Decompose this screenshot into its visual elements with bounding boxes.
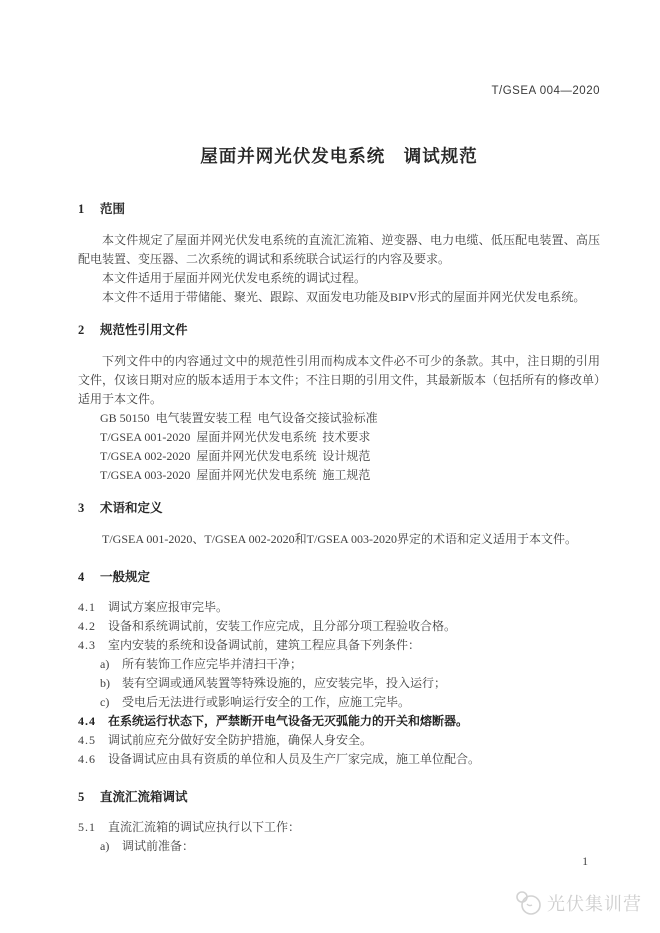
- doc-number: T/GSEA 004—2020: [78, 85, 600, 98]
- clause-text: 调试方案应报审完毕。: [108, 600, 228, 614]
- clause-number: 5.1: [78, 818, 108, 837]
- watermark-logo-icon: [514, 889, 544, 917]
- watermark-text: 光伏集训营: [547, 890, 642, 916]
- clause-text: 在系统运行状态下，严禁断开电气设备无灭弧能力的开关和熔断器。: [108, 714, 468, 728]
- clause-5-1: 5.1直流汇流箱的调试应执行以下工作：: [78, 818, 600, 837]
- section-number: 1: [78, 201, 100, 217]
- page-number: 1: [582, 856, 588, 868]
- clause-4-3: 4.3室内安装的系统和设备调试前，建筑工程应具备下列条件：: [78, 636, 600, 655]
- section-number: 3: [78, 500, 100, 516]
- clause-number: 4.5: [78, 731, 108, 750]
- clause-text: 设备和系统调试前，安装工作应完成，且分部分项工程验收合格。: [108, 619, 456, 633]
- section-title: 一般规定: [100, 570, 150, 584]
- section-title: 范围: [100, 202, 125, 216]
- document-page: T/GSEA 004—2020 屋面并网光伏发电系统 调试规范 1范围 本文件规…: [0, 0, 660, 933]
- normative-refs-intro: 下列文件中的内容通过文中的规范性引用而构成本文件必不可少的条款。其中，注日期的引…: [78, 352, 600, 409]
- list-item-text: 调试前准备：: [122, 839, 194, 853]
- watermark: 光伏集训营: [514, 889, 642, 917]
- reference-item: T/GSEA 002-2020 屋面并网光伏发电系统 设计规范: [100, 447, 600, 466]
- clause-4-3-b: b)装有空调或通风装置等特殊设施的，应安装完毕，投入运行；: [100, 674, 600, 693]
- reference-item: T/GSEA 001-2020 屋面并网光伏发电系统 技术要求: [100, 428, 600, 447]
- section-number: 5: [78, 789, 100, 805]
- clause-5-1-a: a)调试前准备：: [100, 837, 600, 856]
- scope-paragraph-1: 本文件规定了屋面并网光伏发电系统的直流汇流箱、逆变器、电力电缆、低压配电装置、高…: [78, 231, 600, 269]
- list-item-text: 所有装饰工作应完毕并清扫干净；: [122, 657, 302, 671]
- clause-number: 4.3: [78, 636, 108, 655]
- reference-list: GB 50150 电气装置安装工程 电气设备交接试验标准 T/GSEA 001-…: [78, 409, 600, 485]
- section-title: 术语和定义: [100, 501, 163, 515]
- clause-number: 4.1: [78, 598, 108, 617]
- section-heading-scope: 1范围: [78, 201, 600, 217]
- section-heading-general: 4一般规定: [78, 569, 600, 585]
- page-content: T/GSEA 004—2020 屋面并网光伏发电系统 调试规范 1范围 本文件规…: [0, 0, 660, 856]
- clause-text: 室内安装的系统和设备调试前，建筑工程应具备下列条件：: [108, 638, 420, 652]
- list-item-text: 受电后无法进行或影响运行安全的工作，应施工完毕。: [122, 695, 410, 709]
- clause-4-3-a: a)所有装饰工作应完毕并清扫干净；: [100, 655, 600, 674]
- clause-4-1: 4.1调试方案应报审完毕。: [78, 598, 600, 617]
- reference-item: GB 50150 电气装置安装工程 电气设备交接试验标准: [100, 409, 600, 428]
- clause-number: 4.4: [78, 712, 108, 731]
- dc-combiner-clauses: 5.1直流汇流箱的调试应执行以下工作： a)调试前准备：: [78, 818, 600, 856]
- clause-4-2: 4.2设备和系统调试前，安装工作应完成，且分部分项工程验收合格。: [78, 617, 600, 636]
- list-item-marker: c): [100, 693, 122, 712]
- doc-title: 屋面并网光伏发电系统 调试规范: [78, 144, 600, 168]
- clause-text: 调试前应充分做好安全防护措施，确保人身安全。: [108, 733, 372, 747]
- section-heading-dc-combiner: 5直流汇流箱调试: [78, 789, 600, 805]
- clause-4-3-c: c)受电后无法进行或影响运行安全的工作，应施工完毕。: [100, 693, 600, 712]
- clause-number: 4.6: [78, 750, 108, 769]
- list-item-marker: a): [100, 655, 122, 674]
- clause-4-5: 4.5调试前应充分做好安全防护措施，确保人身安全。: [78, 731, 600, 750]
- section-number: 2: [78, 322, 100, 338]
- section-title: 直流汇流箱调试: [100, 790, 188, 804]
- reference-item: T/GSEA 003-2020 屋面并网光伏发电系统 施工规范: [100, 466, 600, 485]
- clause-4-6: 4.6设备调试应由具有资质的单位和人员及生产厂家完成，施工单位配合。: [78, 750, 600, 769]
- clause-text: 直流汇流箱的调试应执行以下工作：: [108, 820, 300, 834]
- general-clauses: 4.1调试方案应报审完毕。 4.2设备和系统调试前，安装工作应完成，且分部分项工…: [78, 598, 600, 769]
- section-heading-normative-refs: 2规范性引用文件: [78, 322, 600, 338]
- list-item-marker: a): [100, 837, 122, 856]
- scope-paragraph-2: 本文件适用于屋面并网光伏发电系统的调试过程。: [78, 269, 600, 288]
- list-item-marker: b): [100, 674, 122, 693]
- section-number: 4: [78, 569, 100, 585]
- section-heading-terms: 3术语和定义: [78, 500, 600, 516]
- terms-paragraph: T/GSEA 001-2020、T/GSEA 002-2020和T/GSEA 0…: [78, 530, 600, 549]
- clause-number: 4.2: [78, 617, 108, 636]
- clause-4-4: 4.4在系统运行状态下，严禁断开电气设备无灭弧能力的开关和熔断器。: [78, 712, 600, 731]
- clause-text: 设备调试应由具有资质的单位和人员及生产厂家完成，施工单位配合。: [108, 752, 480, 766]
- section-title: 规范性引用文件: [100, 323, 188, 337]
- list-item-text: 装有空调或通风装置等特殊设施的，应安装完毕，投入运行；: [122, 676, 446, 690]
- scope-paragraph-3: 本文件不适用于带储能、聚光、跟踪、双面发电功能及BIPV形式的屋面并网光伏发电系…: [78, 288, 600, 307]
